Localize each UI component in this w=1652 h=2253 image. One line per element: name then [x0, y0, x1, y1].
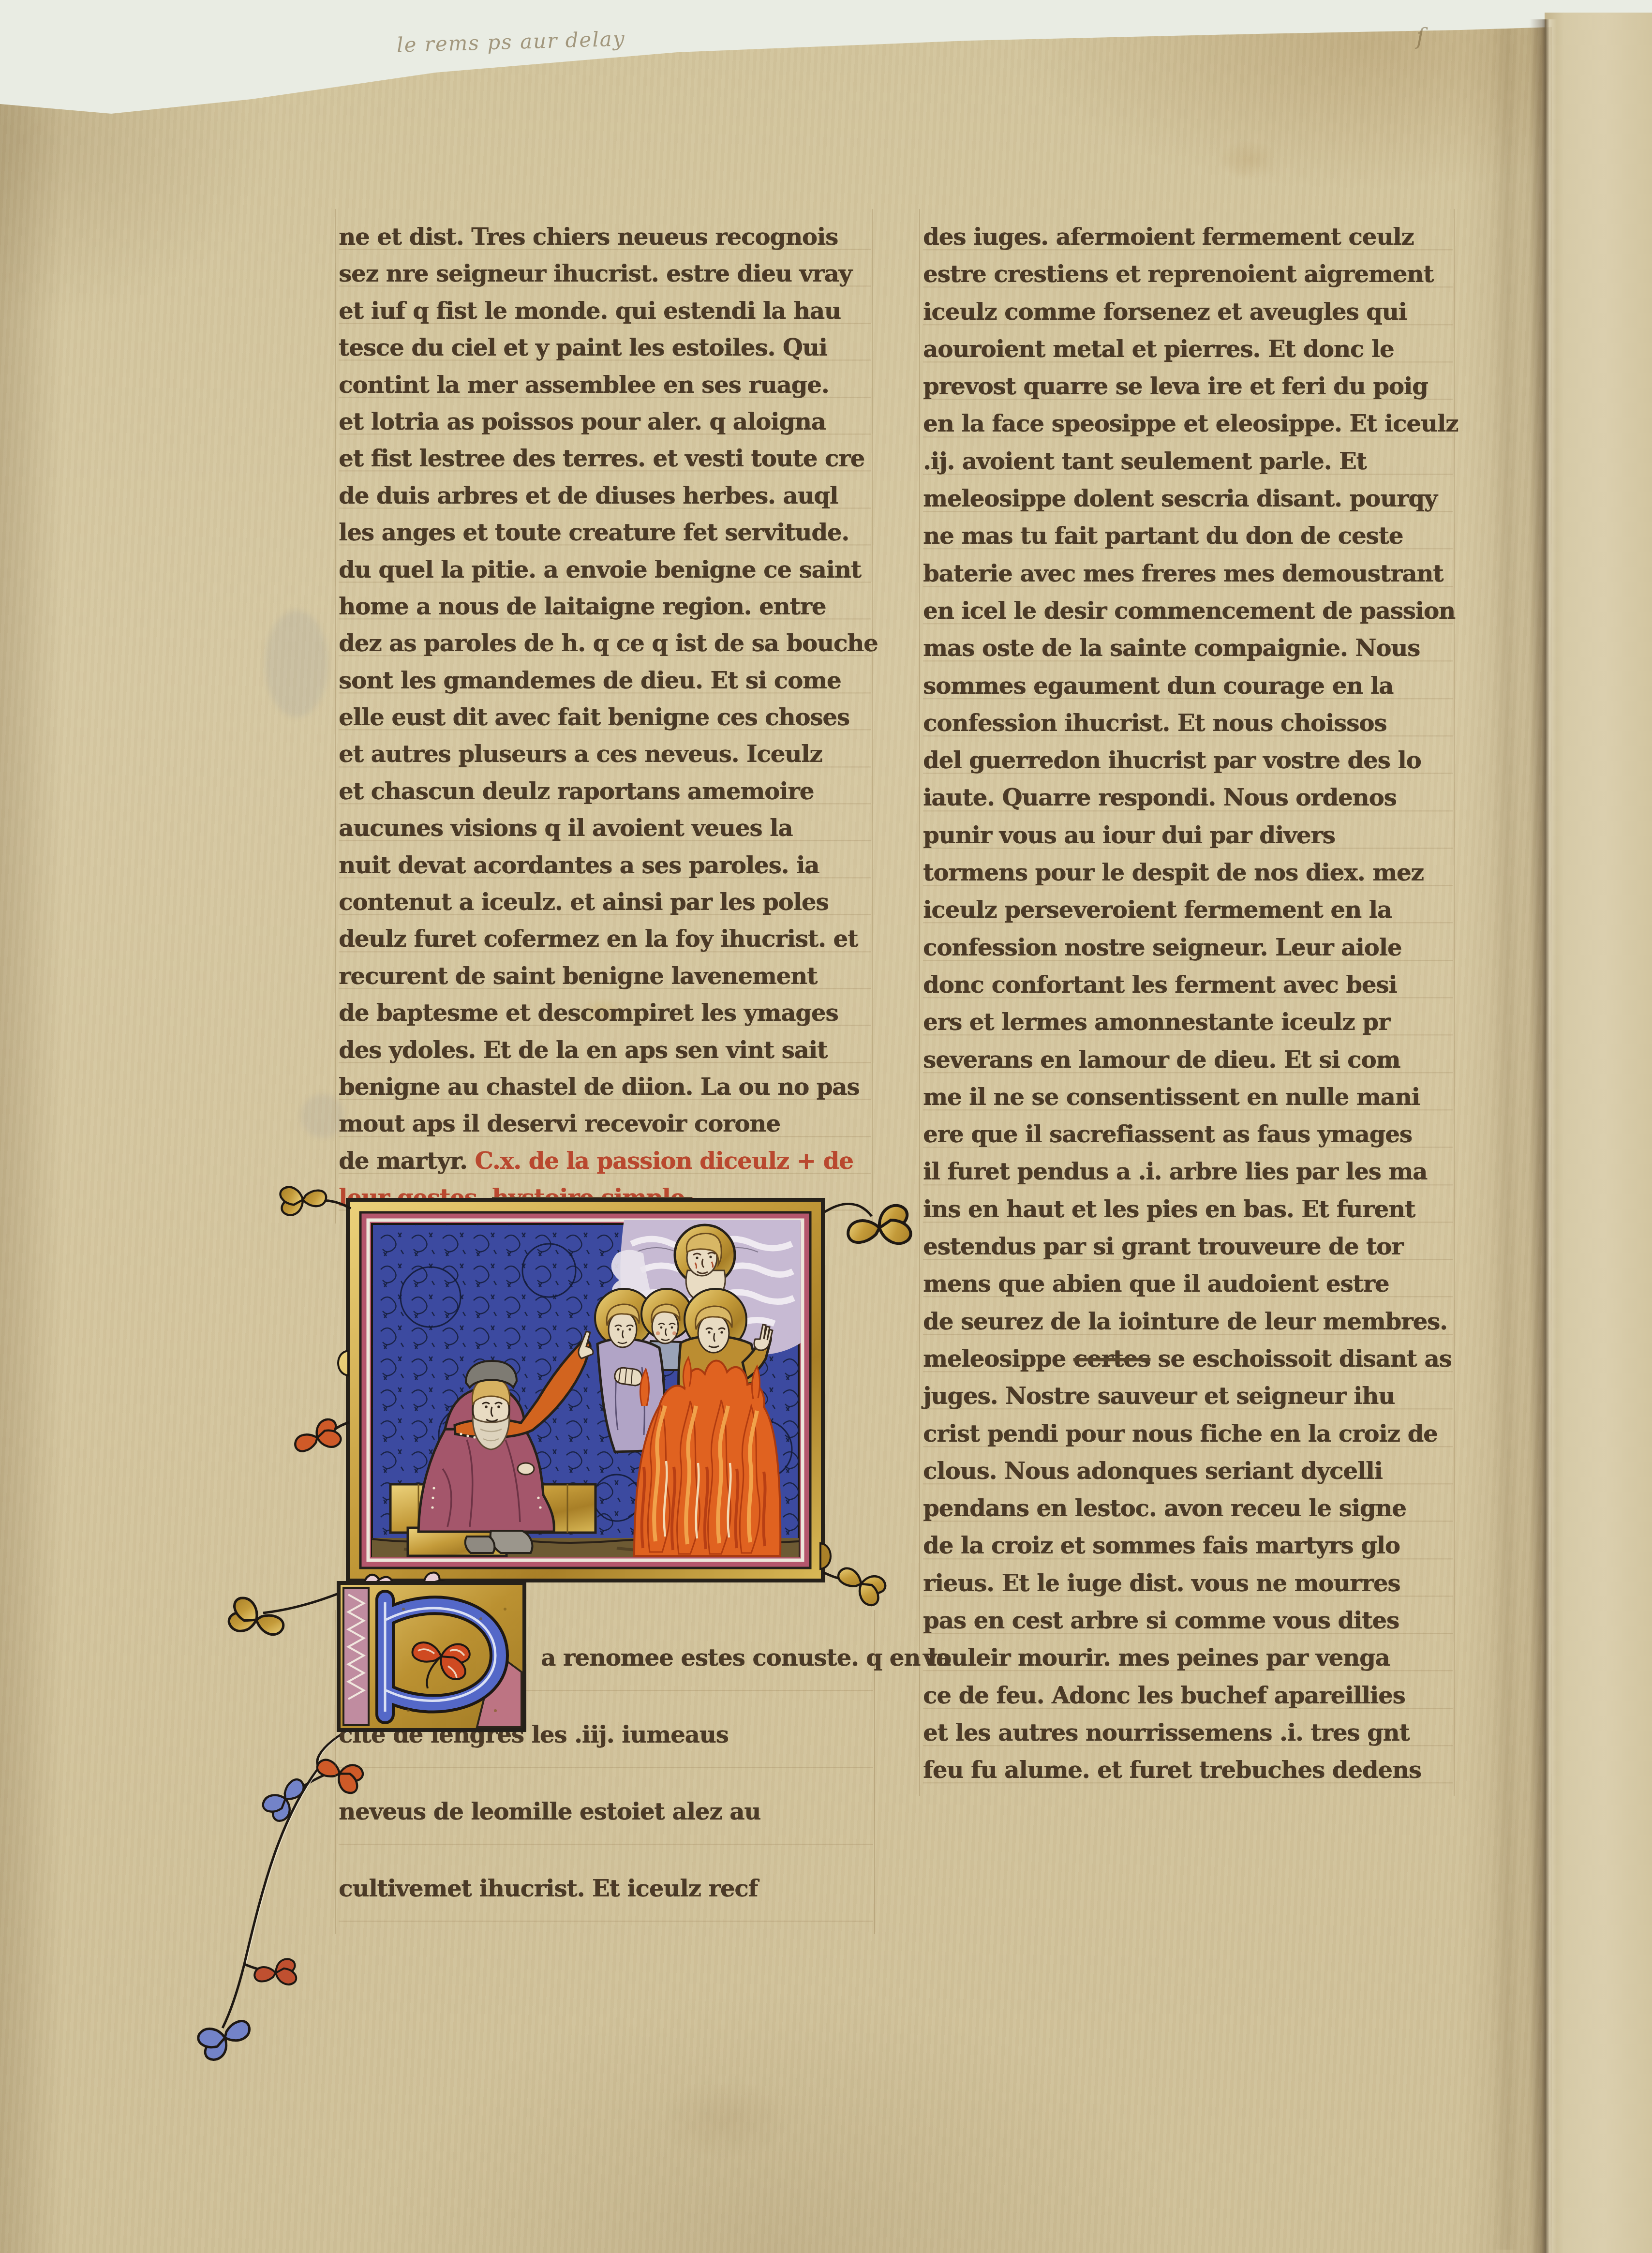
next-leaf-edge [1545, 13, 1652, 2253]
text-line: des iuges. afermoient fermement ceulz [923, 219, 1453, 256]
text-line: iceulz perseveroient fermement en la [923, 892, 1453, 929]
text-run: se eschoissoit disant as [1150, 1345, 1452, 1373]
text-line: me il ne se consentissent en nulle mani [923, 1079, 1453, 1116]
text-line: home a nous de laitaigne region. entre [339, 588, 871, 625]
text-line: punir vous au iour dui par divers [923, 817, 1453, 854]
text-line: mout aps il deservi recevoir corone [339, 1105, 871, 1142]
text-line: meleosippe certes se eschoissoit disant … [923, 1341, 1453, 1378]
page-fold-shading [1490, 29, 1519, 2250]
miniature-martyrdom-scene [346, 1198, 825, 1582]
text-line: meleosippe dolent sescria disant. pourqy [923, 480, 1453, 518]
text-line: ere que il sacrefiassent as faus ymages [923, 1116, 1453, 1153]
text-line: contenut a iceulz. et ainsi par les pole… [339, 884, 871, 921]
text-line: il furet pendus a .i. arbre lies par les… [923, 1153, 1453, 1191]
top-marginal-inscription: le rems ps aur delay [396, 27, 625, 57]
text-line: juges. Nostre sauveur et seigneur ihu [923, 1378, 1453, 1415]
text-line: vouleir mourir. mes peines par venga [923, 1640, 1453, 1677]
text-line: elle eust dit avec fait benigne ces chos… [339, 699, 871, 736]
text-line: les anges et toute creature fet servitud… [339, 514, 871, 551]
ink-smudge [301, 1094, 344, 1138]
ink-smudge [265, 611, 328, 717]
text-line: confession nostre seigneur. Leur aiole [923, 929, 1453, 967]
text-line: nuit devat acordantes a ses paroles. ia [339, 847, 871, 884]
text-line: baterie avec mes freres mes demoustrant [923, 555, 1453, 593]
bottom-text-section: a renomee estes conuste. q en lacite de … [339, 1620, 873, 1927]
corner-ink-mark: ſ [1416, 23, 1425, 49]
text-line: sez nre seigneur ihucrist. estre dieu vr… [339, 255, 871, 292]
text-line: des ydoles. Et de la en aps sen vint sai… [339, 1032, 871, 1069]
text-line: de duis arbres et de diuses herbes. auql [339, 477, 871, 514]
text-line: de la croiz et sommes fais martyrs glo [923, 1527, 1453, 1565]
text-line: aouroient metal et pierres. Et donc le [923, 331, 1453, 368]
text-line: en la face speosippe et eleosippe. Et ic… [923, 405, 1453, 443]
text-line: ne mas tu fait partant du don de ceste [923, 518, 1453, 555]
text-line: recurent de saint benigne lavenement [339, 958, 871, 995]
text-line: de baptesme et descompiret les ymages [339, 995, 871, 1031]
text-line: dez as paroles de h. q ce q ist de sa bo… [339, 625, 871, 662]
text-line: mas oste de la sainte compaignie. Nous [923, 630, 1453, 667]
text-run: meleosippe [923, 1345, 1073, 1373]
text-line: et autres pluseurs a ces neveus. Iceulz [339, 736, 871, 773]
text-line: feu fu alume. et furet trebuches dedens [923, 1752, 1453, 1789]
text-line: mens que abien que il audoient estre [923, 1266, 1453, 1303]
text-run: de martyr. [339, 1148, 475, 1175]
text-line: iceulz comme forsenez et aveugles qui [923, 294, 1453, 331]
text-line: et les autres nourrissemens .i. tres gnt [923, 1715, 1453, 1752]
text-line: sont les gmandemes de dieu. Et si come [339, 662, 871, 699]
text-line: et lotria as poissos pour aler. q aloign… [339, 403, 871, 440]
text-line: contint la mer assemblee en ses ruage. [339, 367, 871, 403]
right-text-column: des iuges. afermoient fermement ceulzest… [923, 219, 1453, 1789]
text-line: rieus. Et le iuge dist. vous ne mourres [923, 1565, 1453, 1602]
text-line: sommes egaument dun courage en la [923, 668, 1453, 705]
text-line: benigne au chastel de diion. La ou no pa… [339, 1069, 871, 1105]
text-line: prevost quarre se leva ire et feri du po… [923, 368, 1453, 405]
text-line: de martyr. C.x. de la passion diceulz + … [339, 1143, 871, 1179]
praying-hands [615, 1368, 642, 1386]
text-line: estre crestiens et reprenoient aigrement [923, 256, 1453, 293]
left-text-column: ne et dist. Tres chiers neueus recognois… [339, 219, 871, 1217]
struck-text: certes [1073, 1345, 1150, 1373]
text-line: ins en haut et les pies en bas. Et furen… [923, 1191, 1453, 1228]
manuscript-photo: le rems ps aur delay ſ ne et dist. Tres … [0, 0, 1652, 2253]
text-line: confession ihucrist. Et nous choissos [923, 705, 1453, 742]
text-line: ce de feu. Adonc les buchef apareillies [923, 1677, 1453, 1715]
text-line: pendans en lestoc. avon receu le signe [923, 1490, 1453, 1527]
text-line: severans en lamour de dieu. Et si com [923, 1042, 1453, 1079]
text-line: neveus de leomille estoiet alez au [339, 1774, 873, 1850]
binding-gutter [1530, 19, 1557, 2253]
text-line: cultivemet ihucrist. Et iceulz recf [339, 1850, 873, 1927]
rubric-text: C.x. de la passion diceulz + de [475, 1148, 853, 1175]
text-line: aucunes visions q il avoient veues la [339, 810, 871, 847]
text-line: ne et dist. Tres chiers neueus recognois [339, 219, 871, 255]
text-line: en icel le desir commencement de passion [923, 593, 1453, 630]
illuminated-initial-P [336, 1580, 528, 1694]
text-line: et iuf q fist le monde. qui estendi la h… [339, 293, 871, 329]
text-line: tormens pour le despit de nos diex. mez [923, 854, 1453, 892]
text-line: pas en cest arbre si comme vous dites [923, 1602, 1453, 1640]
text-line: ers et lermes amonnestante iceulz pr [923, 1004, 1453, 1041]
text-line: iaute. Quarre respondi. Nous ordenos [923, 779, 1453, 817]
text-line: et chascun deulz raportans amemoire [339, 773, 871, 810]
text-line: donc confortant les ferment avec besi [923, 967, 1453, 1004]
text-line: crist pendi pour nous fiche en la croiz … [923, 1416, 1453, 1453]
text-line: .ij. avoient tant seulement parle. Et [923, 443, 1453, 480]
text-line: clous. Nous adonques seriant dycelli [923, 1453, 1453, 1490]
text-line: de seurez de la iointure de leur membres… [923, 1303, 1453, 1341]
text-line: estendus par si grant trouveure de tor [923, 1228, 1453, 1266]
text-line: del guerredon ihucrist par vostre des lo [923, 742, 1453, 779]
text-line: deulz furet cofermez en la foy ihucrist.… [339, 921, 871, 957]
text-line: et fist lestree des terres. et vesti tou… [339, 440, 871, 477]
text-line: du quel la pitie. a envoie benigne ce sa… [339, 552, 871, 588]
text-line: tesce du ciel et y paint les estoiles. Q… [339, 329, 871, 366]
